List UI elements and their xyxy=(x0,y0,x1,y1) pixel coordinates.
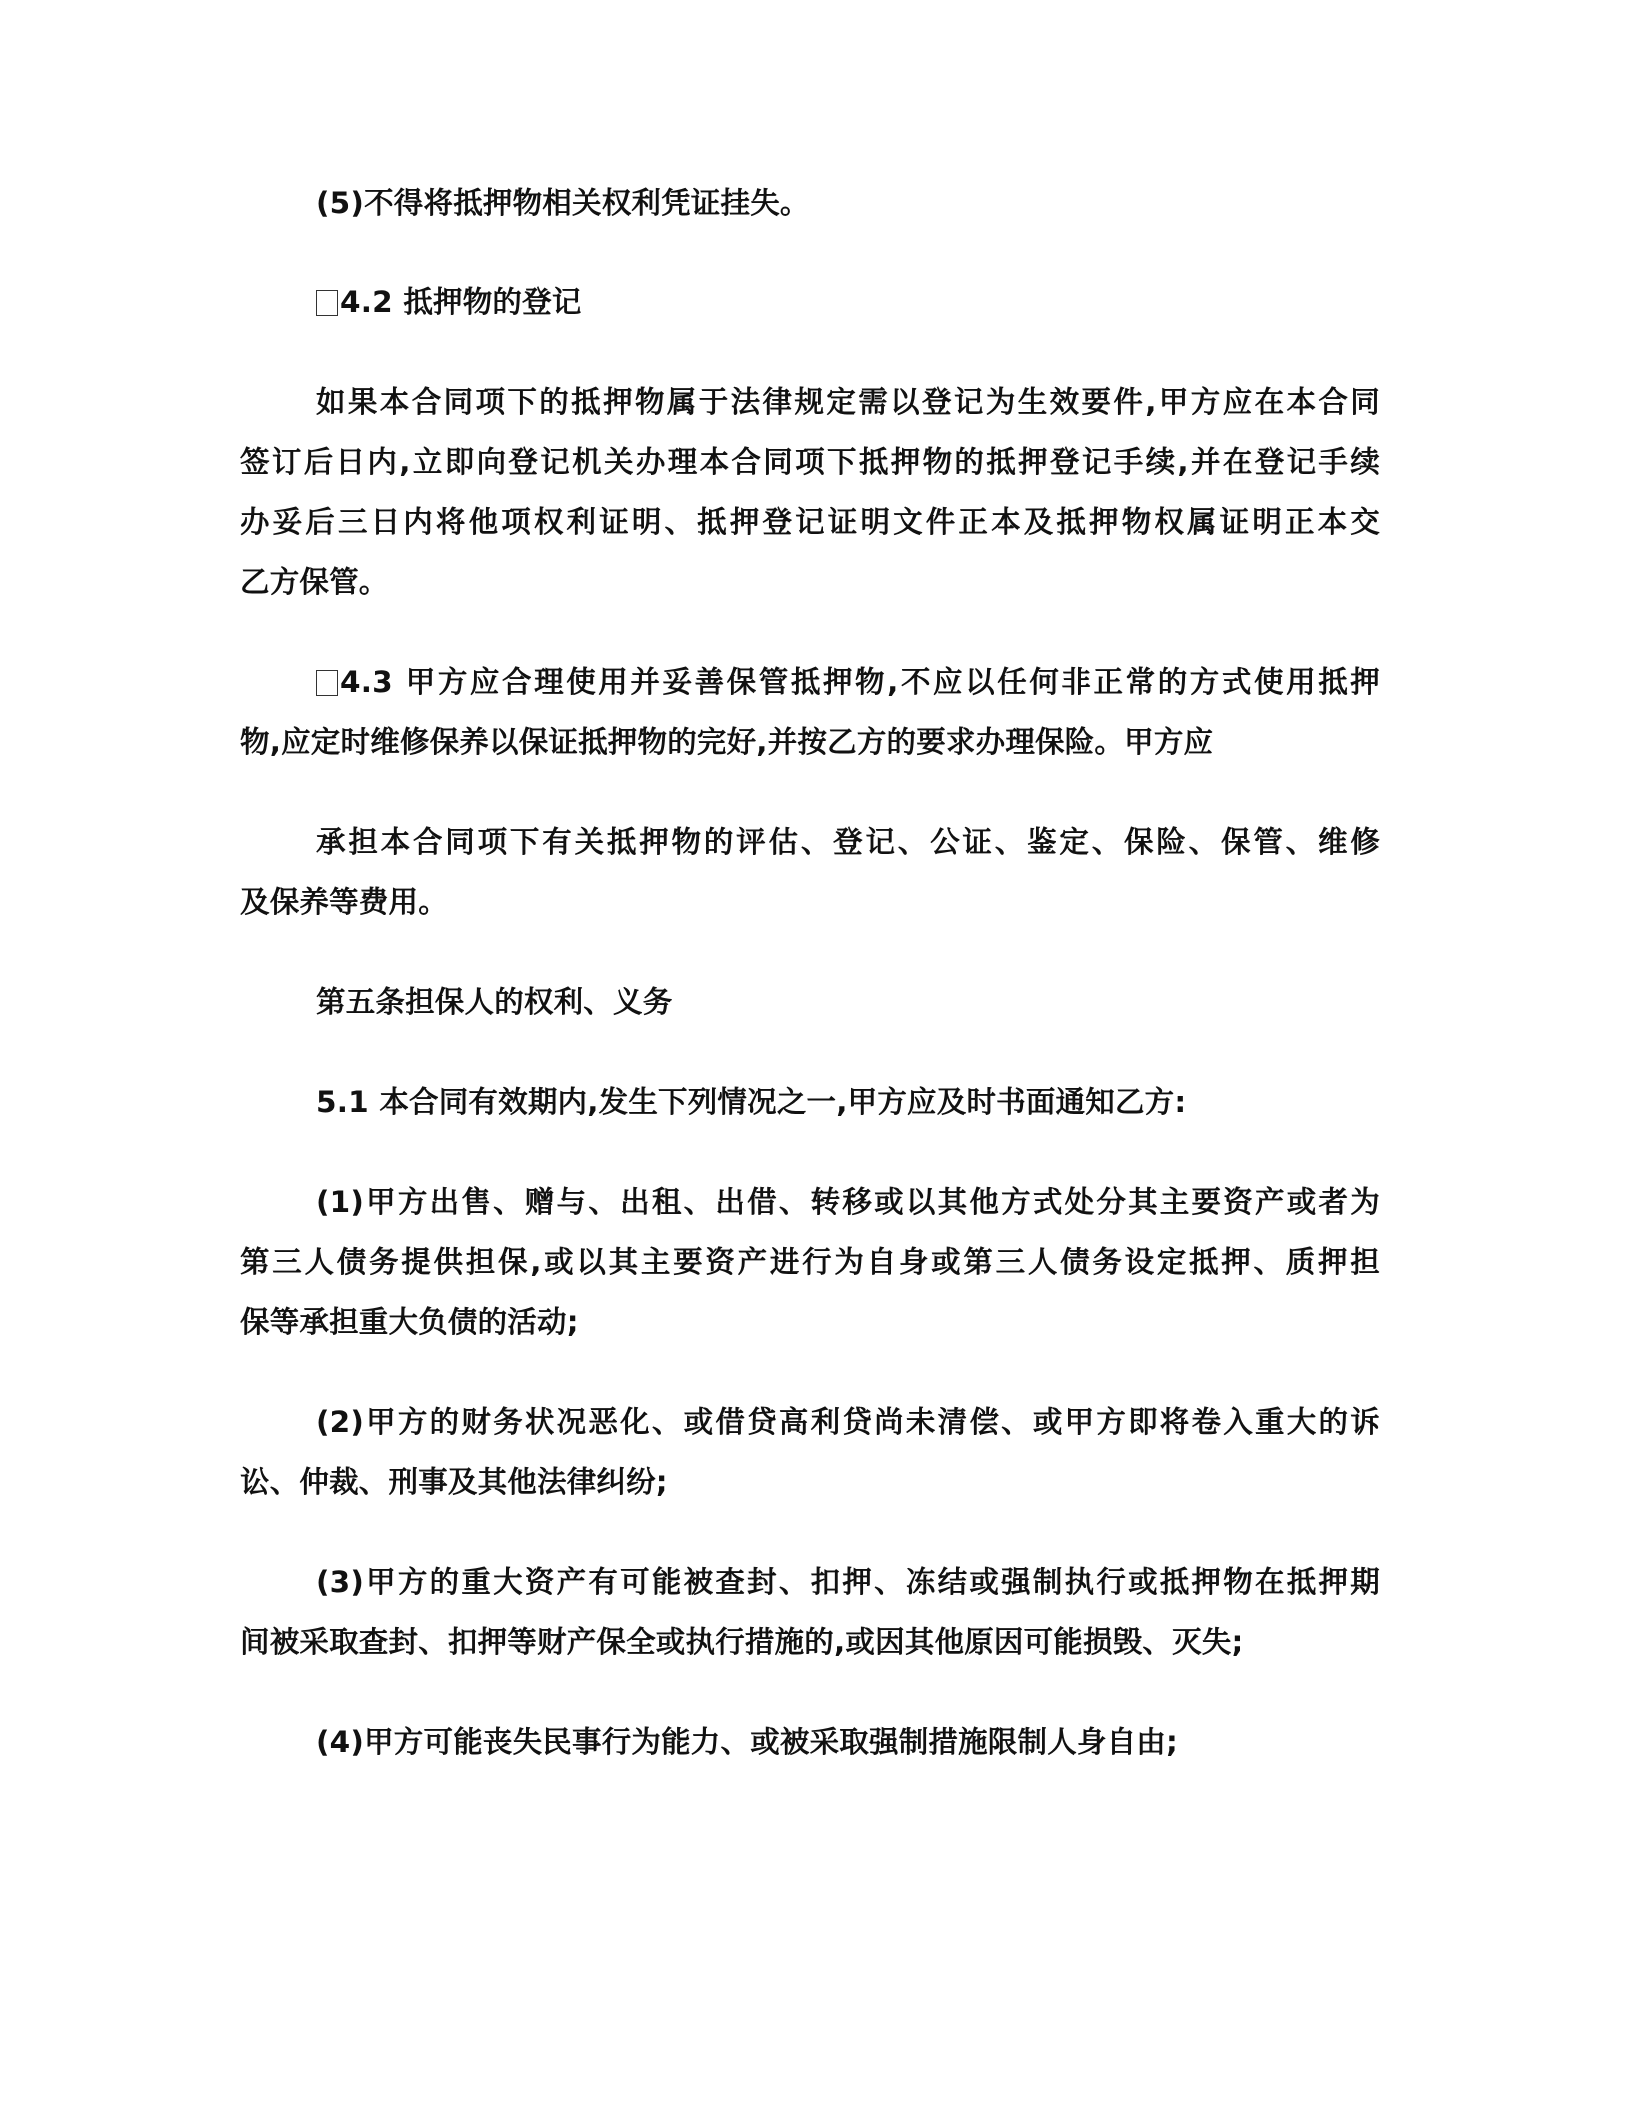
line-text: 5.1 本合同有效期内,发生下列情况之一,甲方应及时书面通知乙方: xyxy=(316,1085,1186,1119)
line-text: 4.2 抵押物的登记 xyxy=(340,285,582,319)
paragraph-4-2-line-3: 办妥后三日内将他项权利证明、抵押登记证明文件正本及抵押物权属证明正本交 xyxy=(240,502,1380,542)
clause-5-1-item-2-line-2: 讼、仲裁、刑事及其他法律纠纷; xyxy=(240,1462,1380,1502)
line-text: (2)甲方的财务状况恶化、或借贷高利贷尚未清偿、或甲方即将卷入重大的诉 xyxy=(316,1405,1380,1439)
line-text: 第三人债务提供担保,或以其主要资产进行为自身或第三人债务设定抵押、质押担 xyxy=(240,1245,1380,1279)
line-text: 4.3 甲方应合理使用并妥善保管抵押物,不应以任何非正常的方式使用抵押 xyxy=(340,665,1380,699)
clause-5-1-item-2-line-1: (2)甲方的财务状况恶化、或借贷高利贷尚未清偿、或甲方即将卷入重大的诉 xyxy=(316,1402,1380,1442)
line-text: 讼、仲裁、刑事及其他法律纠纷; xyxy=(240,1465,668,1499)
checkbox-icon xyxy=(316,670,338,696)
line-text: 保等承担重大负债的活动; xyxy=(240,1305,579,1339)
clause-5-1-item-1-line-2: 第三人债务提供担保,或以其主要资产进行为自身或第三人债务设定抵押、质押担 xyxy=(240,1242,1380,1282)
section-4-3-line-2: 物,应定时维修保养以保证抵押物的完好,并按乙方的要求办理保险。甲方应 xyxy=(240,722,1380,762)
clause-5-1-item-3-line-1: (3)甲方的重大资产有可能被查封、扣押、冻结或强制执行或抵押物在抵押期 xyxy=(316,1562,1380,1602)
line-text: 间被采取查封、扣押等财产保全或执行措施的,或因其他原因可能损毁、灭失; xyxy=(240,1625,1244,1659)
paragraph-fees-line-2: 及保养等费用。 xyxy=(240,882,1380,922)
line-text: 如果本合同项下的抵押物属于法律规定需以登记为生效要件,甲方应在本合同 xyxy=(316,385,1380,419)
line-text: 乙方保管。 xyxy=(240,565,389,599)
clause-5-1: 5.1 本合同有效期内,发生下列情况之一,甲方应及时书面通知乙方: xyxy=(316,1082,1380,1122)
line-text: (3)甲方的重大资产有可能被查封、扣押、冻结或强制执行或抵押物在抵押期 xyxy=(316,1565,1380,1599)
line-text: 第五条担保人的权利、义务 xyxy=(316,985,672,1019)
paragraph-fees-line-1: 承担本合同项下有关抵押物的评估、登记、公证、鉴定、保险、保管、维修 xyxy=(316,822,1380,862)
line-text: 承担本合同项下有关抵押物的评估、登记、公证、鉴定、保险、保管、维修 xyxy=(316,825,1380,859)
paragraph-4-2-line-2: 签订后日内,立即向登记机关办理本合同项下抵押物的抵押登记手续,并在登记手续 xyxy=(240,442,1380,482)
line-text: (5)不得将抵押物相关权利凭证挂失。 xyxy=(316,186,810,220)
checkbox-icon xyxy=(316,290,338,316)
paragraph-4-2-line-1: 如果本合同项下的抵押物属于法律规定需以登记为生效要件,甲方应在本合同 xyxy=(316,382,1380,422)
paragraph-4-2-line-4: 乙方保管。 xyxy=(240,562,1380,602)
clause-5-1-item-1-line-1: (1)甲方出售、赠与、出租、出借、转移或以其他方式处分其主要资产或者为 xyxy=(316,1182,1380,1222)
clause-4-1-item-5: (5)不得将抵押物相关权利凭证挂失。 xyxy=(316,183,1380,223)
clause-5-1-item-1-line-3: 保等承担重大负债的活动; xyxy=(240,1302,1380,1342)
line-text: 物,应定时维修保养以保证抵押物的完好,并按乙方的要求办理保险。甲方应 xyxy=(240,725,1213,759)
line-text: (4)甲方可能丧失民事行为能力、或被采取强制措施限制人身自由; xyxy=(316,1725,1178,1759)
line-text: (1)甲方出售、赠与、出租、出借、转移或以其他方式处分其主要资产或者为 xyxy=(316,1185,1380,1219)
section-4-2-heading: 4.2 抵押物的登记 xyxy=(316,282,1380,322)
line-text: 办妥后三日内将他项权利证明、抵押登记证明文件正本及抵押物权属证明正本交 xyxy=(240,505,1380,539)
article-5-heading: 第五条担保人的权利、义务 xyxy=(316,982,1380,1022)
document-page: (5)不得将抵押物相关权利凭证挂失。 4.2 抵押物的登记 如果本合同项下的抵押… xyxy=(0,0,1632,2112)
clause-5-1-item-3-line-2: 间被采取查封、扣押等财产保全或执行措施的,或因其他原因可能损毁、灭失; xyxy=(240,1622,1380,1662)
section-4-3-line-1: 4.3 甲方应合理使用并妥善保管抵押物,不应以任何非正常的方式使用抵押 xyxy=(316,662,1380,702)
line-text: 及保养等费用。 xyxy=(240,885,448,919)
line-text: 签订后日内,立即向登记机关办理本合同项下抵押物的抵押登记手续,并在登记手续 xyxy=(240,445,1380,479)
clause-5-1-item-4: (4)甲方可能丧失民事行为能力、或被采取强制措施限制人身自由; xyxy=(316,1722,1380,1762)
